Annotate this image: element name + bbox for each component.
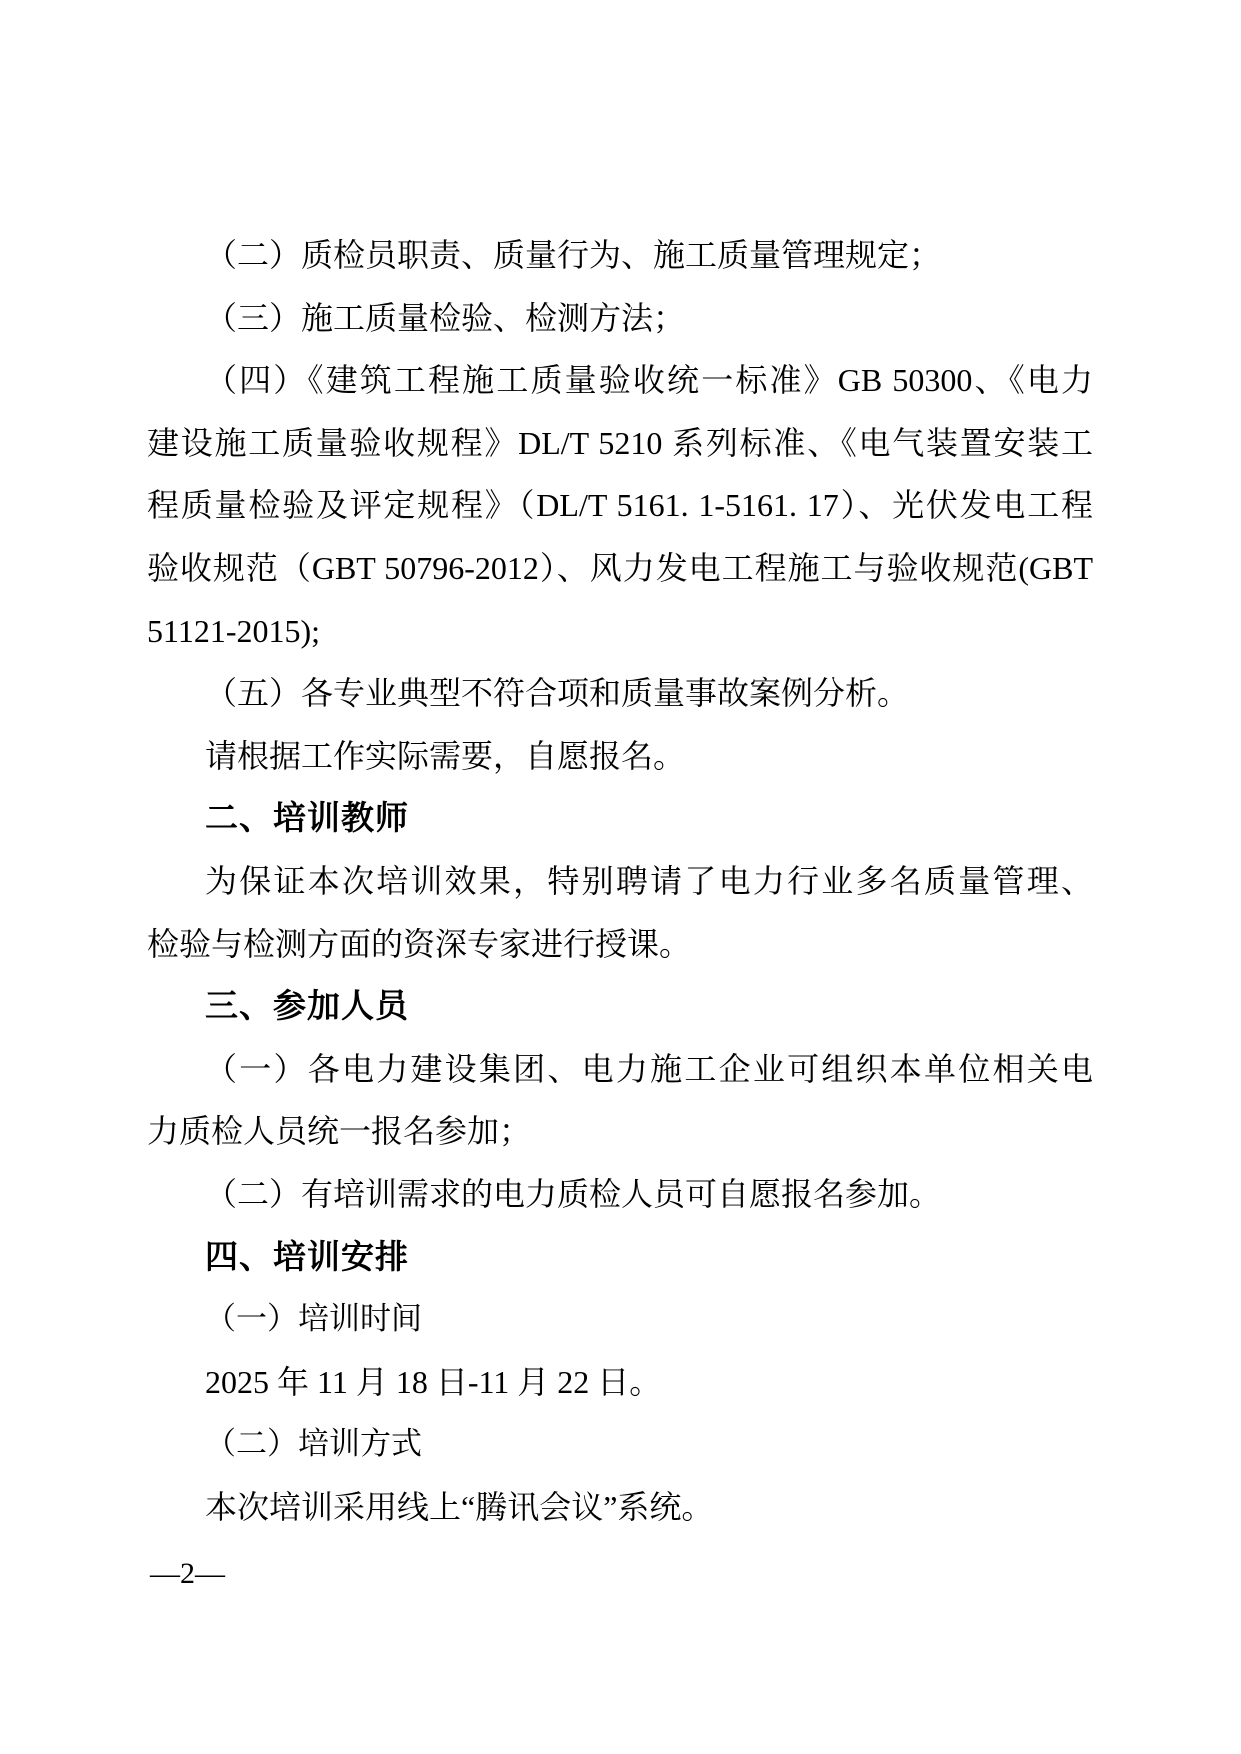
list-item-4-line-1: （四）《建筑工程施工质量验收统一标准》GB 50300、《电力 (147, 349, 1093, 412)
paragraph-training-date: 2025 年 11 月 18 日-11 月 22 日。 (147, 1351, 1093, 1414)
list-item-4-line-4: 验收规范（GBT 50796-2012）、风力发电工程施工与验收规范(GBT (147, 537, 1093, 600)
subheading-training-time: （一）培训时间 (147, 1288, 1093, 1351)
paragraph-training-method: 本次培训采用线上“腾讯会议”系统。 (147, 1476, 1093, 1539)
paragraph-voluntary-signup: 请根据工作实际需要，自愿报名。 (147, 725, 1093, 788)
section-heading-4-arrangement: 四、培训安排 (147, 1226, 1093, 1289)
paragraph-teachers-line-2: 检验与检测方面的资深专家进行授课。 (147, 913, 1093, 976)
list-item-3: （三）施工质量检验、检测方法； (147, 287, 1093, 350)
list-item-4-line-3: 程质量检验及评定规程》（DL/T 5161. 1-5161. 17）、光伏发电工… (147, 474, 1093, 537)
participants-item-2: （二）有培训需求的电力质检人员可自愿报名参加。 (147, 1163, 1093, 1226)
participants-item-1-line-1: （一）各电力建设集团、电力施工企业可组织本单位相关电 (147, 1038, 1093, 1101)
section-heading-2-teachers: 二、培训教师 (147, 787, 1093, 850)
list-item-4-line-2: 建设施工质量验收规程》DL/T 5210 系列标准、《电气装置安装工 (147, 412, 1093, 475)
list-item-2: （二）质检员职责、质量行为、施工质量管理规定； (147, 224, 1093, 287)
paragraph-teachers-line-1: 为保证本次培训效果，特别聘请了电力行业多名质量管理、 (147, 850, 1093, 913)
document-page: （二）质检员职责、质量行为、施工质量管理规定； （三）施工质量检验、检测方法； … (0, 0, 1241, 1754)
participants-item-1-line-2: 力质检人员统一报名参加； (147, 1100, 1093, 1163)
subheading-training-method: （二）培训方式 (147, 1413, 1093, 1476)
section-heading-3-participants: 三、参加人员 (147, 975, 1093, 1038)
list-item-4-line-5: 51121-2015); (147, 600, 1093, 663)
page-number: —2— (150, 1549, 225, 1599)
list-item-5: （五）各专业典型不符合项和质量事故案例分析。 (147, 662, 1093, 725)
document-body: （二）质检员职责、质量行为、施工质量管理规定； （三）施工质量检验、检测方法； … (147, 224, 1093, 1538)
